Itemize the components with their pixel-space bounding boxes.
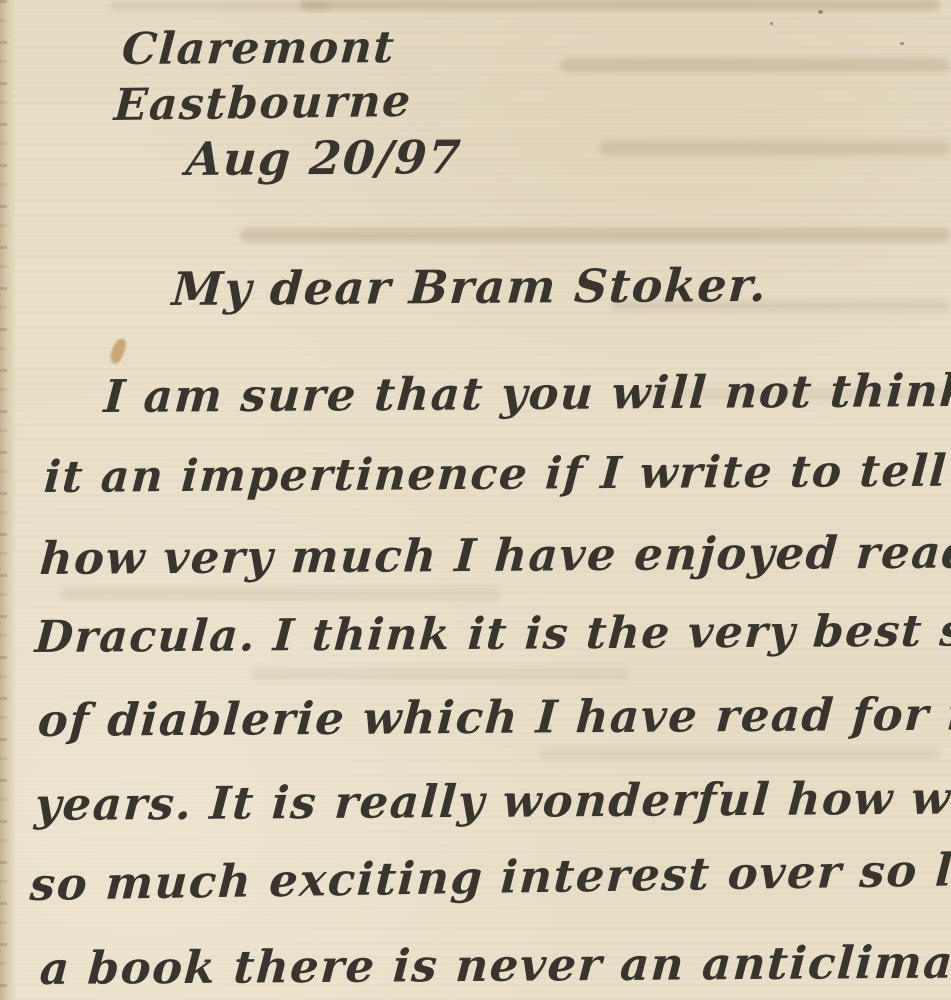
- ink-bleedthrough: [110, 2, 330, 10]
- body-line-7: so much exciting interest over so long: [29, 842, 951, 911]
- ink-bleedthrough: [300, 0, 940, 10]
- paper-speck: [770, 22, 773, 25]
- body-line-1: I am sure that you will not think: [102, 364, 951, 423]
- body-line-5: of diablerie which I have read for many: [36, 687, 951, 747]
- ink-bleedthrough: [600, 140, 950, 156]
- body-line-4: Dracula. I think it is the very best sto…: [33, 605, 951, 663]
- body-line-8: a book there is never an anticlimax: [38, 935, 951, 995]
- paper-stain: [108, 337, 127, 365]
- address-line-1: Claremont: [120, 22, 396, 75]
- ink-bleedthrough: [60, 588, 500, 600]
- body-line-3: how very much I have enjoyed reading: [38, 525, 951, 585]
- body-line-2: it an impertinence if I write to tell yo…: [42, 445, 951, 503]
- paper-speck: [818, 10, 823, 14]
- paper-edge-notches: [0, 0, 7, 1000]
- ink-bleedthrough: [560, 58, 950, 72]
- letter-page: Claremont Eastbourne Aug 20/97 My dear B…: [0, 0, 951, 1000]
- address-line-2: Eastbourne: [113, 76, 414, 131]
- ink-bleedthrough: [250, 668, 630, 680]
- ink-bleedthrough: [240, 228, 950, 242]
- letter-date: Aug 20/97: [184, 130, 463, 186]
- ink-bleedthrough: [540, 748, 940, 760]
- body-line-6: years. It is really wonderful how with: [33, 771, 951, 831]
- paper-speck: [900, 42, 904, 45]
- salutation: My dear Bram Stoker.: [170, 258, 769, 316]
